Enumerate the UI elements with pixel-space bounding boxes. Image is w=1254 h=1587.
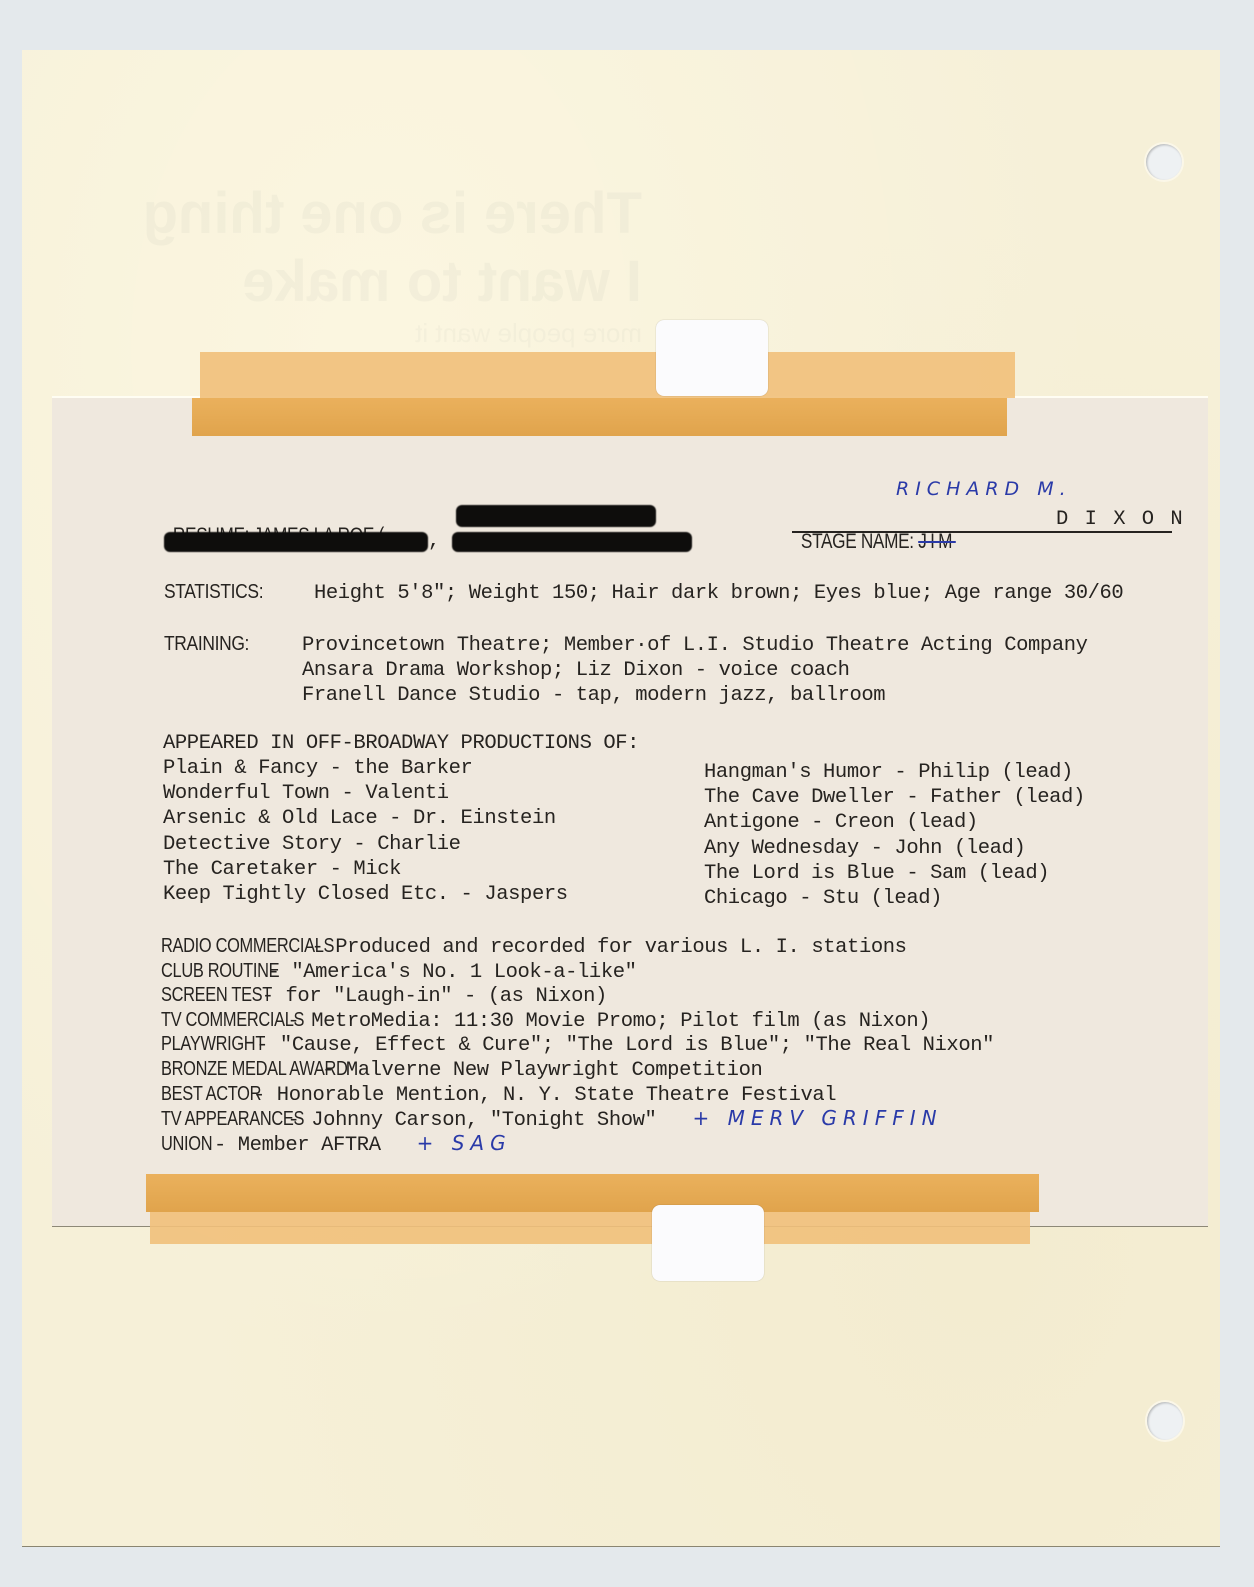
- credit-label: BEST ACTOR: [161, 1082, 241, 1106]
- handwritten-first-name: RICHARD M.: [896, 478, 1072, 500]
- redaction-bar: [164, 532, 428, 552]
- training-line: Ansara Drama Workshop; Liz Dixon - voice…: [302, 659, 850, 682]
- credit-label: TV APPEARANCES: [161, 1107, 276, 1131]
- stage-name: STAGE NAME: JIM: [792, 506, 956, 554]
- credit-text: - Johnny Carson, "Tonight Show": [276, 1109, 657, 1132]
- struck-first-name: JIM: [918, 530, 956, 553]
- credit-text: - "America's No. 1 Look-a-like": [256, 961, 637, 984]
- credit-text: - "Cause, Effect & Cure"; "The Lord is B…: [244, 1034, 994, 1057]
- credit-text: - Malverne New Playwright Competition: [310, 1059, 762, 1082]
- ghost-line: more people want it: [102, 316, 642, 350]
- tape-strip: [200, 352, 1015, 398]
- production-item: Keep Tightly Closed Etc. - Jaspers: [163, 883, 568, 906]
- credit-row: RADIO COMMERCIALS - Produced and recorde…: [161, 934, 907, 959]
- production-item: Chicago - Stu (lead): [704, 887, 942, 910]
- tape-strip: [192, 398, 1007, 436]
- credit-text: - for "Laugh-in" - (as Nixon): [250, 985, 607, 1008]
- credit-label: UNION: [161, 1132, 202, 1156]
- credit-row: SCREEN TEST - for "Laugh-in" - (as Nixon…: [161, 983, 607, 1008]
- adhesive-tab: [652, 1205, 764, 1281]
- credit-text: - MetroMedia: 11:30 Movie Promo; Pilot f…: [276, 1010, 931, 1033]
- productions-heading: APPEARED IN OFF-BROADWAY PRODUCTIONS OF:: [163, 732, 639, 755]
- comma: ,: [428, 530, 440, 553]
- training-line: Franell Dance Studio - tap, modern jazz,…: [302, 684, 885, 707]
- tape-strip: [150, 1212, 1030, 1244]
- credit-text: - Member AFTRA: [202, 1134, 381, 1157]
- punch-hole-icon: [1147, 1402, 1183, 1440]
- credit-label: SCREEN TEST: [161, 983, 250, 1007]
- credit-label: CLUB ROUTINE: [161, 959, 256, 983]
- punch-hole-icon: [1146, 144, 1182, 180]
- credit-row: UNION - Member AFTRA+ SAG: [161, 1131, 512, 1157]
- redaction-bar: [456, 505, 656, 527]
- credit-label: PLAYWRIGHT: [161, 1032, 244, 1056]
- adhesive-tab: [656, 320, 768, 396]
- production-item: Any Wednesday - John (lead): [704, 837, 1025, 860]
- credit-row: BEST ACTOR - Honorable Mention, N. Y. St…: [161, 1082, 836, 1107]
- stage-last-name: D I X O N: [1056, 508, 1185, 531]
- credit-text: - Honorable Mention, N. Y. State Theatre…: [241, 1084, 836, 1107]
- production-item: The Caretaker - Mick: [163, 858, 401, 881]
- credit-text: - Produced and recorded for various L. I…: [300, 936, 907, 959]
- production-item: Arsenic & Old Lace - Dr. Einstein: [163, 807, 556, 830]
- production-item: Antigone - Creon (lead): [704, 811, 978, 834]
- tape-strip: [146, 1174, 1039, 1212]
- credit-label: TV COMMERCIALS: [161, 1008, 276, 1032]
- bleedthrough-text: There is one thing I want to make more p…: [102, 180, 642, 350]
- credit-label: BRONZE MEDAL AWARD: [161, 1057, 310, 1081]
- production-item: Hangman's Humor - Philip (lead): [704, 761, 1073, 784]
- handwritten-addition: + MERV GRIFFIN: [692, 1106, 942, 1130]
- production-item: The Lord is Blue - Sam (lead): [704, 862, 1049, 885]
- production-item: The Cave Dweller - Father (lead): [704, 786, 1085, 809]
- statistics-text: Height 5'8"; Weight 150; Hair dark brown…: [314, 582, 1123, 605]
- stage-name-label: STAGE NAME:: [801, 530, 914, 553]
- underline: [792, 531, 1172, 533]
- credit-row: BRONZE MEDAL AWARD - Malverne New Playwr…: [161, 1057, 762, 1082]
- statistics-label: STATISTICS:: [164, 580, 263, 604]
- training-label: TRAINING:: [164, 632, 249, 656]
- credit-row: CLUB ROUTINE - "America's No. 1 Look-a-l…: [161, 959, 637, 984]
- production-item: Detective Story - Charlie: [163, 833, 461, 856]
- credit-row: PLAYWRIGHT - "Cause, Effect & Cure"; "Th…: [161, 1032, 994, 1057]
- ghost-line: There is one thing: [102, 180, 642, 248]
- credit-row: TV COMMERCIALS - MetroMedia: 11:30 Movie…: [161, 1008, 930, 1033]
- ghost-line: I want to make: [102, 248, 642, 316]
- production-item: Plain & Fancy - the Barker: [163, 757, 472, 780]
- statistics-line: STATISTICS:: [164, 580, 281, 605]
- credit-row: TV APPEARANCES - Johnny Carson, "Tonight…: [161, 1106, 943, 1132]
- redaction-bar: [452, 532, 692, 552]
- production-item: Wonderful Town - Valenti: [163, 782, 449, 805]
- training-line: Provincetown Theatre; Member·of L.I. Stu…: [302, 634, 1088, 657]
- credit-label: RADIO COMMERCIALS: [161, 934, 300, 958]
- handwritten-addition: + SAG: [417, 1131, 512, 1155]
